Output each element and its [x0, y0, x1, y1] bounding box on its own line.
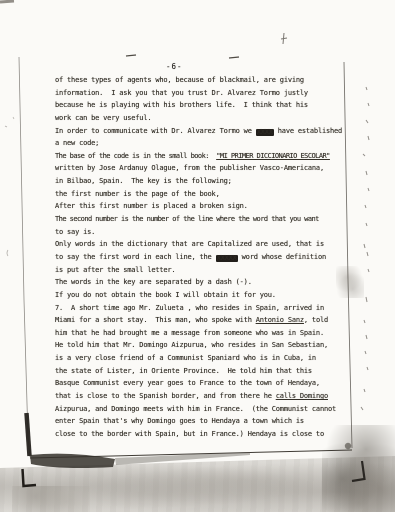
text-line: Miami for a short stay. This man, who sp… [55, 316, 375, 329]
text-segment: 7. A short time ago Mr. Zulueta , who re… [55, 304, 324, 312]
text-line: in Bilbao, Spain. The key is the followi… [55, 177, 375, 190]
text-segment: He told him that Mr. Domingo Aizpurua, w… [55, 341, 328, 349]
struck-out-word: XXXXX [216, 255, 238, 262]
text-line: written by Jose Ardanuy Olague, from the… [55, 164, 375, 177]
text-segment: to say the first word in each line, the [55, 253, 216, 261]
text-line: is a very close friend of a Communist Sp… [55, 354, 375, 367]
text-line: work can be very useful. [55, 114, 375, 127]
text-segment: the state of Lister, in Oriente Province… [55, 367, 312, 375]
text-segment: to say is. [55, 228, 95, 236]
paper-edge-dark-bar [27, 413, 30, 456]
text-line: because he is playing with his brothers … [55, 101, 375, 114]
text-segment: Miami for a short stay. This man, who sp… [55, 316, 256, 324]
text-line: After this first number is placed a brok… [55, 202, 375, 215]
text-segment: have established [274, 127, 342, 135]
underlined-text: Antonio Sanz [256, 316, 304, 324]
scan-dash [229, 57, 239, 58]
text-segment: information. I ask you that you trust Dr… [55, 89, 308, 97]
text-line: enter Spain that's why Domingo goes to H… [55, 417, 375, 430]
text-segment: word whose definition [238, 253, 326, 261]
text-segment: written by Jose Ardanuy Olague, from the… [55, 164, 324, 172]
text-segment: that is close to the Spanish border, and… [55, 392, 276, 400]
text-lines: of these types of agents who, because of… [55, 76, 375, 443]
text-line: Only words in the dictionary that are Ca… [55, 240, 375, 253]
text-line: information. I ask you that you trust Dr… [55, 89, 375, 102]
text-segment: Basque Communist every year goes to Fran… [55, 379, 320, 387]
text-segment: in Bilbao, Spain. The key is the followi… [55, 177, 232, 185]
underlined-text: "MI PRIMER DICCIONARIO ESCOLAR" [216, 152, 330, 160]
text-line: the first number is the page of the book… [55, 190, 375, 203]
scan-specks-left [5, 117, 14, 256]
underlined-text: calls Domingo [276, 392, 328, 400]
text-segment: work can be very useful. [55, 114, 151, 122]
text-segment: The base of the code is in the small boo… [55, 152, 216, 160]
text-line: of these types of agents who, because of… [55, 76, 375, 89]
text-segment: After this first number is placed a brok… [55, 202, 248, 210]
text-line: the state of Lister, in Oriente Province… [55, 367, 375, 380]
text-segment: him that he had brought me a message fro… [55, 329, 324, 337]
text-line: Basque Communist every year goes to Fran… [55, 379, 375, 392]
text-line: to say the first word in each line, the … [55, 253, 375, 266]
paper-edge-bottom [30, 450, 352, 458]
text-segment: The words in the key are separated by a … [55, 278, 252, 286]
text-segment: enter Spain that's why Domingo goes to H… [55, 417, 304, 425]
scan-noise-bottom-left [12, 486, 90, 512]
text-line: He told him that Mr. Domingo Aizpurua, w… [55, 341, 375, 354]
text-segment: close to the border with Spain, but in F… [55, 430, 324, 438]
scan-mark-top-left [0, 1, 14, 2]
text-line: The second number is the number of the l… [55, 215, 375, 228]
text-line: to say is. [55, 228, 375, 241]
text-segment: is a very close friend of a Communist Sp… [55, 354, 316, 362]
text-line: The base of the code is in the small boo… [55, 152, 375, 165]
text-segment: Aizpurua, and Domingo meets with him in … [55, 405, 336, 413]
struck-out-word: XXXX [256, 129, 274, 136]
text-line: In order to communicate with Dr. Alvarez… [55, 127, 375, 140]
scan-mark-top-right [281, 33, 287, 44]
text-line: close to the border with Spain, but in F… [55, 430, 375, 443]
text-line: The words in the key are separated by a … [55, 278, 375, 291]
text-line: 7. A short time ago Mr. Zulueta , who re… [55, 304, 375, 317]
text-line: that is close to the Spanish border, and… [55, 392, 375, 405]
text-segment: of these types of agents who, because of… [55, 76, 304, 84]
text-segment: The second number is the number of the l… [55, 215, 319, 223]
scan-dash [126, 55, 136, 56]
page-number: -6- [166, 62, 183, 71]
paper-edge-left [19, 57, 30, 457]
text-segment: , told [304, 316, 328, 324]
scanned-document-page: -6- of these types of agents who, becaus… [0, 0, 395, 512]
text-segment: the first number is the page of the book… [55, 190, 220, 198]
text-segment: a new code; [55, 139, 99, 147]
text-segment: Only words in the dictionary that are Ca… [55, 240, 324, 248]
text-line: him that he had brought me a message fro… [55, 329, 375, 342]
text-segment: is put after the small letter. [55, 266, 175, 274]
text-segment: In order to communicate with Dr. Alvarez… [55, 127, 256, 135]
text-line: a new code; [55, 139, 375, 152]
text-line: Aizpurua, and Domingo meets with him in … [55, 405, 375, 418]
text-segment: because he is playing with his brothers … [55, 101, 308, 109]
text-line: If you do not obtain the book I will obt… [55, 291, 375, 304]
text-segment: If you do not obtain the book I will obt… [55, 291, 276, 299]
text-line: is put after the small letter. [55, 266, 375, 279]
